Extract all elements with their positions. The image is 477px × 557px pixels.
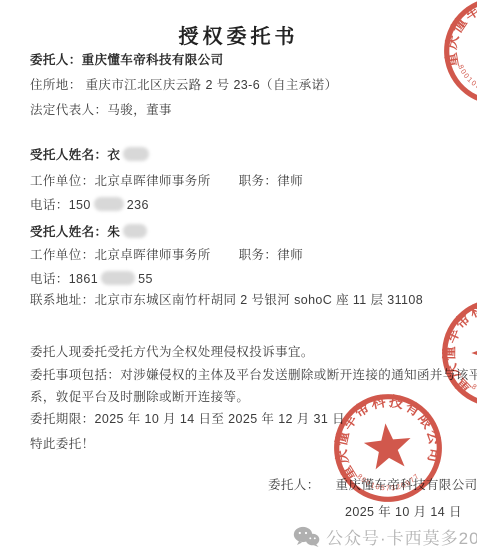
agent2-phone-redaction (101, 271, 135, 285)
scope-line-2: 系，敦促平台及时删除或断开连接等。 (30, 389, 249, 405)
agent1-name-line: 受托人姓名：衣 (30, 147, 152, 163)
term-line: 委托期限：2025 年 10 月 14 日至 2025 年 12 月 31 日 (30, 411, 345, 427)
agent1-name-redaction (123, 147, 149, 161)
wechat-icon (293, 526, 320, 548)
star-icon (362, 421, 413, 470)
signature-date: 2025 年 10 月 14 日 (345, 504, 462, 520)
agent2-name-label: 受托人姓名：朱 (30, 225, 120, 239)
agent1-phone-prefix: 电话：150 (30, 198, 91, 212)
agent2-employer-line: 工作单位：北京卓晖律师事务所职务：律师 (30, 247, 303, 263)
signer-label: 委托人： (268, 478, 320, 492)
agent1-employer-line: 工作单位：北京卓晖律师事务所职务：律师 (30, 173, 303, 189)
watermark-text: 公众号·卡西莫多2015 (326, 524, 477, 549)
agent2-name-redaction (123, 224, 147, 238)
authorization-line: 委托人现委托受托方代为全权处理侵权投诉事宜。 (30, 344, 314, 360)
company-seal-mid-right: 重庆懂车帝科技有限公司 8001057320977 (424, 281, 477, 425)
agent1-phone-line: 电话：150236 (30, 197, 149, 213)
agent2-employer: 工作单位：北京卓晖律师事务所 (30, 248, 211, 262)
company-seal-top-right: 重庆懂车帝科技有限公司 8001057320977 (427, 0, 477, 122)
legal-representative-line: 法定代表人：马骏，董事 (30, 102, 172, 118)
scope-line-1: 委托事项包括：对涉嫌侵权的主体及平台发送删除或断开连接的通知函并与该平台联 (30, 367, 477, 383)
agent2-position: 职务：律师 (239, 248, 304, 262)
agent1-position: 职务：律师 (239, 174, 304, 188)
seal-ring (435, 0, 477, 114)
document-title: 授权委托书 (0, 20, 477, 49)
agent1-phone-redaction (94, 197, 124, 211)
agent2-phone-line: 电话：186155 (30, 271, 153, 287)
contact-address-line: 联系地址：北京市东城区南竹杆胡同 2 号银河 sohoC 座 11 层 3110… (30, 292, 423, 308)
agent1-employer: 工作单位：北京卓晖律师事务所 (30, 174, 211, 188)
seal-ring (431, 288, 477, 417)
agent2-name-line: 受托人姓名：朱 (30, 224, 150, 240)
document-page: 授权委托书 委托人：重庆懂车帝科技有限公司 住所地： 重庆市江北区庆云路 2 号… (0, 0, 477, 557)
signer-name: 重庆懂车帝科技有限公司 (336, 478, 477, 492)
seal-serial-text: 8001057320977 (451, 62, 477, 102)
agent2-phone-prefix: 电话：1861 (30, 272, 98, 286)
principal-address-line: 住所地： 重庆市江北区庆云路 2 号 23-6（自主承诺） (30, 77, 337, 93)
agent1-phone-suffix: 236 (127, 198, 149, 212)
agent2-phone-suffix: 55 (138, 272, 153, 286)
seal-company-text: 重庆懂车帝科技有限公司 (326, 386, 447, 485)
signature-line: 委托人：重庆懂车帝科技有限公司 (268, 477, 477, 493)
closing-line: 特此委托！ (30, 436, 95, 452)
principal-name-line: 委托人：重庆懂车帝科技有限公司 (30, 52, 224, 68)
watermark: 公众号·卡西莫多2015 (293, 524, 477, 549)
agent1-name-label: 受托人姓名：衣 (30, 148, 120, 162)
